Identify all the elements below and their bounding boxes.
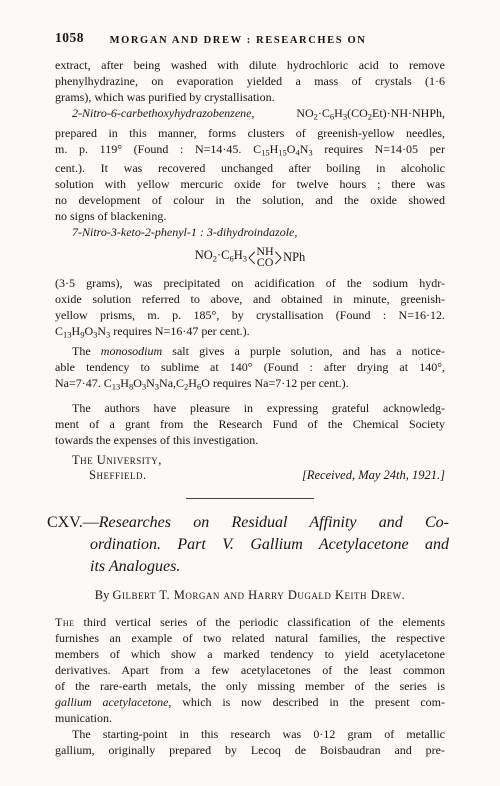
text-segment: extract, after being washed with dilute … bbox=[55, 58, 445, 72]
text-segment: (CO bbox=[347, 106, 368, 120]
journal-page: 1058 MORGAN AND DREW : RESEARCHES ON ext… bbox=[0, 0, 500, 786]
text-line: able tendency to sublime at 140° (Found … bbox=[55, 359, 445, 375]
text-line: solution with yellow mercuric oxide for … bbox=[55, 176, 445, 192]
indazole-name-line: 7-Nitro-3-keto-2-phenyl-1 : 3-dihydroind… bbox=[55, 224, 445, 240]
text-line: gallium, originally prepared by Lecoq de… bbox=[55, 742, 445, 758]
text-segment: Na=7·47. C bbox=[55, 376, 112, 390]
paragraph-precipitated: (3·5 grams), was precipitated on acidifi… bbox=[55, 275, 445, 343]
text-segment: munication. bbox=[55, 711, 112, 725]
text-line: its Analogues. bbox=[47, 556, 449, 578]
text-segment: members of which show a marked tendency … bbox=[55, 647, 445, 661]
text-line: (3·5 grams), was precipitated on acidifi… bbox=[55, 275, 445, 291]
text-segment: derivatives. Apart from a few acetylacet… bbox=[55, 663, 445, 677]
text-line: Na=7·47. C13H8O3N3Na,C2H6O requires Na=7… bbox=[55, 375, 445, 395]
text-segment: O requires Na=7·12 per cent.). bbox=[201, 376, 348, 390]
text-segment: (3·5 grams), was precipitated on acidifi… bbox=[55, 276, 445, 290]
formula-left-fragment: NO2·C6H3 bbox=[195, 249, 247, 266]
text-segment: Et)·NH·NHPh, bbox=[372, 106, 445, 120]
section-divider-rule bbox=[186, 498, 314, 499]
signature-block: The University, Sheffield. [Received, Ma… bbox=[55, 453, 445, 483]
text-line: ordination. Part V. Gallium Acetylaceton… bbox=[47, 534, 449, 556]
text-segment: NPh bbox=[283, 250, 305, 264]
text-segment: By bbox=[95, 588, 113, 602]
page-number: 1058 bbox=[55, 30, 84, 46]
text-segment: monosodium bbox=[101, 344, 162, 358]
text-segment: H bbox=[120, 376, 129, 390]
text-segment: gallium acetylacetone bbox=[55, 695, 168, 709]
article-title: CXV.—Researches on Residual Affinity and… bbox=[47, 512, 449, 578]
text-line: extract, after being washed with dilute … bbox=[55, 57, 445, 73]
formula-close-bracket: > bbox=[275, 243, 282, 270]
text-segment: H bbox=[234, 248, 243, 262]
text-segment: H bbox=[270, 142, 279, 156]
text-line: grams), which was purified by crystallis… bbox=[55, 89, 445, 105]
text-segment: oxide solution referred to above, and ob… bbox=[55, 292, 445, 306]
paragraph-intro: The third vertical series of the periodi… bbox=[55, 614, 445, 726]
text-line: oxide solution referred to above, and ob… bbox=[55, 291, 445, 307]
text-segment: grams), which was purified by crystallis… bbox=[55, 90, 275, 104]
text-segment: 15 bbox=[278, 147, 287, 157]
text-segment: H bbox=[72, 324, 81, 338]
text-segment: O bbox=[84, 324, 93, 338]
text-segment: towards the expenses of this investigati… bbox=[55, 433, 258, 447]
running-head: MORGAN AND DREW : RESEARCHES ON bbox=[110, 35, 367, 46]
text-line: m. p. 119° (Found : N=14·45. C15H15O4N3 … bbox=[55, 141, 445, 161]
text-segment: third vertical series of the periodic cl… bbox=[75, 615, 446, 629]
text-line: gallium acetylacetone, which is now desc… bbox=[55, 694, 445, 710]
text-segment: , NO bbox=[252, 106, 314, 120]
text-segment: The authors have pleasure in expressing … bbox=[72, 401, 445, 415]
text-segment: of the rare-earth metals, the only missi… bbox=[55, 679, 445, 693]
formula-open-bracket: < bbox=[248, 243, 255, 270]
signature-university: The University, bbox=[55, 453, 445, 468]
text-segment: ment of a grant from the Research Fund o… bbox=[55, 417, 445, 431]
text-segment: 13 bbox=[112, 381, 121, 391]
text-segment: Researches on Residual Affinity and Co- bbox=[99, 514, 449, 531]
text-segment: Gilbert T. Morgan and Harry Dugald Keith… bbox=[112, 588, 405, 602]
text-line: prepared in this manner, forms clusters … bbox=[55, 125, 445, 141]
paragraph-nitro-compound: 2-Nitro-6-carbethoxyhydrazobenzene, NO2·… bbox=[55, 105, 445, 224]
text-line: ment of a grant from the Research Fund o… bbox=[55, 416, 445, 432]
text-segment: m. p. 119° (Found : N=14·45. C bbox=[55, 142, 261, 156]
text-segment: furnishes an example of two related natu… bbox=[55, 631, 445, 645]
formula-co-group: CO bbox=[257, 257, 274, 269]
signature-city: Sheffield. bbox=[89, 468, 147, 482]
signature-city-line: Sheffield. [Received, May 24th, 1921.] bbox=[55, 468, 445, 483]
text-segment: able tendency to sublime at 140° (Found … bbox=[55, 360, 445, 374]
text-line: derivatives. Apart from a few acetylacet… bbox=[55, 662, 445, 678]
text-segment: The bbox=[55, 615, 75, 629]
text-segment: N bbox=[97, 324, 106, 338]
text-segment: prepared in this manner, forms clusters … bbox=[55, 126, 445, 140]
text-segment: ·C bbox=[217, 248, 230, 262]
text-segment: salt gives a purple solution, and has a … bbox=[162, 344, 445, 358]
text-line: CXV.—Researches on Residual Affinity and… bbox=[47, 512, 449, 534]
text-line: no signs of blackening. bbox=[55, 208, 445, 224]
text-line: The monosodium salt gives a purple solut… bbox=[55, 343, 445, 359]
text-segment: no development of colour in the solution… bbox=[55, 193, 445, 207]
formula-ring-stack: NHCO bbox=[256, 246, 273, 269]
text-segment: ·C bbox=[318, 106, 330, 120]
text-segment: 3 bbox=[243, 253, 247, 263]
text-segment: its Analogues. bbox=[90, 558, 180, 575]
text-line: The authors have pleasure in expressing … bbox=[55, 400, 445, 416]
received-date: [Received, May 24th, 1921.] bbox=[302, 468, 445, 483]
text-segment: 15 bbox=[261, 147, 270, 157]
text-segment: 2-Nitro-6-carbethoxyhydrazobenzene bbox=[72, 106, 252, 120]
text-segment: Na,C bbox=[159, 376, 184, 390]
text-segment: The starting-point in this research was … bbox=[72, 727, 445, 741]
paragraph-acknowledgment: The authors have pleasure in expressing … bbox=[55, 400, 445, 448]
text-line: munication. bbox=[55, 710, 445, 726]
text-segment: requires N=16·47 per cent.). bbox=[110, 324, 249, 338]
text-segment: N bbox=[146, 376, 155, 390]
text-line: furnishes an example of two related natu… bbox=[55, 630, 445, 646]
text-segment: H bbox=[188, 376, 197, 390]
text-segment: requires N=14·05 per bbox=[313, 142, 445, 156]
text-segment: O bbox=[133, 376, 142, 390]
formula-right-fragment: NPh bbox=[283, 251, 305, 264]
text-segment: phenylhydrazine, on evaporation yielded … bbox=[55, 74, 445, 88]
text-segment: C bbox=[55, 324, 63, 338]
text-line: towards the expenses of this investigati… bbox=[55, 432, 445, 448]
text-line: yellow prisms, m. p. 185°, by crystallis… bbox=[55, 307, 445, 323]
text-segment: no signs of blackening. bbox=[55, 209, 166, 223]
text-line: of the rare-earth metals, the only missi… bbox=[55, 678, 445, 694]
text-line: no development of colour in the solution… bbox=[55, 192, 445, 208]
text-segment: The bbox=[72, 344, 101, 358]
chemical-formula: NO2·C6H3<NHCO>NPh bbox=[55, 243, 445, 271]
text-line: The third vertical series of the periodi… bbox=[55, 614, 445, 630]
text-segment: CXV.— bbox=[47, 514, 99, 531]
text-segment: , which is now described in the present … bbox=[168, 695, 445, 709]
text-segment: solution with yellow mercuric oxide for … bbox=[55, 177, 445, 191]
article-byline: By Gilbert T. Morgan and Harry Dugald Ke… bbox=[55, 588, 445, 603]
text-segment: yellow prisms, m. p. 185°, by crystallis… bbox=[55, 308, 445, 322]
paragraph-starting-point: The starting-point in this research was … bbox=[55, 726, 445, 758]
text-line: phenylhydrazine, on evaporation yielded … bbox=[55, 73, 445, 89]
paragraph-monosodium: The monosodium salt gives a purple solut… bbox=[55, 343, 445, 395]
text-segment: ordination. Part V. Gallium Acetylaceton… bbox=[90, 536, 449, 553]
page-header: 1058 MORGAN AND DREW : RESEARCHES ON bbox=[55, 30, 445, 47]
text-line: The starting-point in this research was … bbox=[55, 726, 445, 742]
text-segment: gallium, originally prepared by Lecoq de… bbox=[55, 743, 445, 757]
text-segment: cent.). It was recovered unchanged after… bbox=[55, 161, 445, 175]
text-segment: H bbox=[334, 106, 343, 120]
text-segment: NO bbox=[195, 248, 213, 262]
paragraph-extract: extract, after being washed with dilute … bbox=[55, 57, 445, 105]
text-segment: 13 bbox=[63, 330, 72, 340]
text-line: members of which show a marked tendency … bbox=[55, 646, 445, 662]
text-line: C13H9O3N3 requires N=16·47 per cent.). bbox=[55, 323, 445, 343]
text-line: cent.). It was recovered unchanged after… bbox=[55, 160, 445, 176]
text-segment: 7-Nitro-3-keto-2-phenyl-1 : 3-dihydroind… bbox=[72, 225, 297, 239]
text-line: 2-Nitro-6-carbethoxyhydrazobenzene, NO2·… bbox=[55, 105, 445, 125]
